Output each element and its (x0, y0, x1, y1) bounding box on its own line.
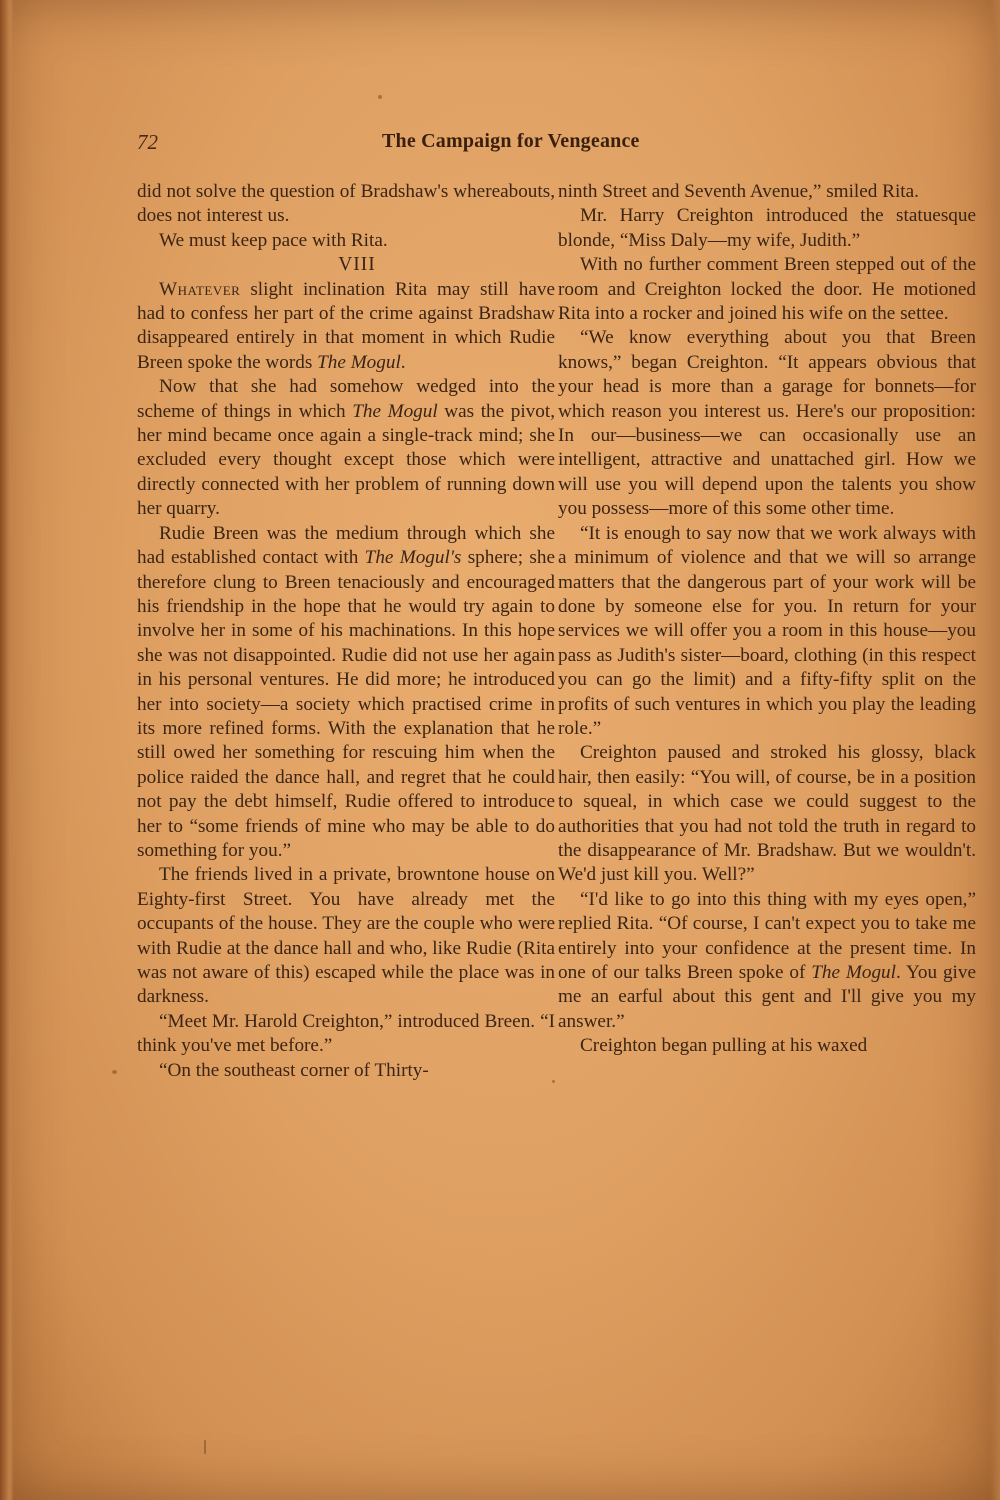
paragraph-chapter-opening: Whatever slight inclination Rita may sti… (137, 278, 555, 376)
paragraph: We must keep pace with Rita. (137, 229, 555, 253)
book-title-italic: The Mogul (352, 401, 437, 422)
book-page: 72 The Campaign for Vengeance did not so… (0, 0, 1000, 1500)
paragraph: “I'd like to go into this thing with my … (558, 888, 976, 1034)
chapter-heading: VIII (137, 253, 555, 277)
running-title: The Campaign for Vengeance (382, 130, 640, 153)
paragraph: Creighton paused and stroked his glossy,… (558, 741, 976, 887)
paragraph: Creighton began pulling at his waxed (558, 1034, 976, 1058)
paragraph: “We know everything about you that Breen… (558, 326, 976, 521)
right-column: ninth Street and Seventh Avenue,” smiled… (558, 180, 976, 1059)
paper-speck (112, 1070, 117, 1074)
opening-small-caps-word: Whatever (159, 279, 240, 300)
paragraph: “On the southeast corner of Thirty- (137, 1059, 555, 1083)
page-right-edge (990, 0, 1000, 1500)
book-title-italic: The Mogul (317, 352, 401, 373)
paragraph: The friends lived in a private, brownton… (137, 863, 555, 1009)
page-number: 72 (137, 130, 158, 155)
paragraph: Mr. Harry Creighton introduced the statu… (558, 204, 976, 253)
paragraph: “It is enough to say now that we work al… (558, 522, 976, 742)
book-title-italic: The Mogul's (365, 547, 462, 568)
paper-mark (204, 1440, 206, 1454)
paragraph: “Meet Mr. Harold Creighton,” introduced … (137, 1010, 555, 1059)
paragraph: Rudie Breen was the medium through which… (137, 522, 555, 864)
paragraph: Now that she had somehow wedged into the… (137, 375, 555, 521)
paragraph-continuation: ninth Street and Seventh Avenue,” smiled… (558, 180, 976, 204)
book-title-italic: The Mogul (811, 962, 896, 983)
page-spine-edge (0, 0, 14, 1500)
running-header: 72 The Campaign for Vengeance (137, 130, 957, 160)
left-column: did not solve the question of Bradshaw's… (137, 180, 555, 1083)
paper-speck (378, 95, 382, 99)
paragraph-continuation: did not solve the question of Bradshaw's… (137, 180, 555, 229)
paper-speck (552, 1080, 555, 1083)
paragraph: With no further comment Breen stepped ou… (558, 253, 976, 326)
